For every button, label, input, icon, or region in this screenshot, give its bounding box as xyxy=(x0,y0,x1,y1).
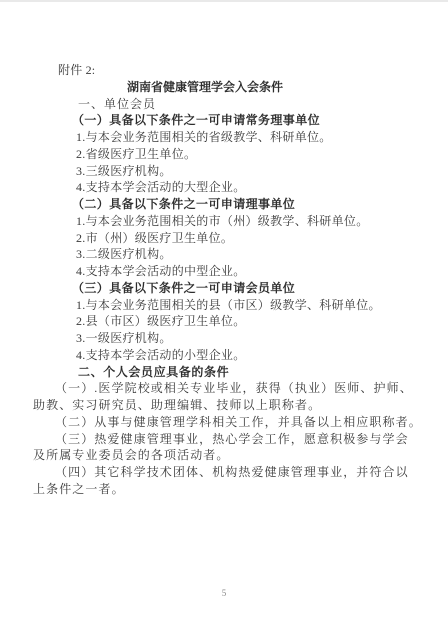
doc-line-item: 2.省级医疗卫生单位。 xyxy=(76,146,415,163)
doc-line-item: 1.与本会业务范围相关的县（市区）级教学、科研单位。 xyxy=(76,297,415,314)
doc-line-item: 2.县（市区）级医疗卫生单位。 xyxy=(76,313,415,330)
doc-line-item: 4.支持本学会活动的中型企业。 xyxy=(76,263,415,280)
scan-edge-top xyxy=(0,0,448,2)
document-text-block: 附件 2:湖南省健康管理学会入会条件一、单位会员（一）具备以下条件之一可申请常务… xyxy=(33,62,415,498)
doc-line-para: （二）从事与健康管理学科相关工作，并具备以上相应职称者。 xyxy=(55,414,415,431)
doc-line-section2: 二、个人会员应具备的条件 xyxy=(78,364,415,381)
doc-line-item: 1.与本会业务范围相关的省级教学、科研单位。 xyxy=(76,129,415,146)
doc-line-attachment: 附件 2: xyxy=(58,62,415,79)
doc-line-title: 湖南省健康管理学会入会条件 xyxy=(127,79,415,96)
document-page: 附件 2:湖南省健康管理学会入会条件一、单位会员（一）具备以下条件之一可申请常务… xyxy=(0,0,448,619)
doc-line-item: 4.支持本学会活动的大型企业。 xyxy=(76,179,415,196)
doc-line-subhead: （一）具备以下条件之一可申请常务理事单位 xyxy=(72,112,415,129)
doc-line-cont: 及所属专业委员会的各项活动者。 xyxy=(33,447,415,464)
doc-line-item: 3.一级医疗机构。 xyxy=(76,330,415,347)
doc-line-item: 1.与本会业务范围相关的市（州）级教学、科研单位。 xyxy=(76,213,415,230)
doc-line-cont: 助教、实习研究员、助理编辑、技师以上职称者。 xyxy=(33,397,415,414)
doc-line-item: 2.市（州）级医疗卫生单位。 xyxy=(76,230,415,247)
doc-line-section1: 一、单位会员 xyxy=(78,96,415,113)
doc-line-para: （一）.医学院校或相关专业毕业，获得（执业）医师、护师、 xyxy=(55,380,415,397)
doc-line-item: 3.三级医疗机构。 xyxy=(76,163,415,180)
doc-line-item: 4.支持本学会活动的小型企业。 xyxy=(76,347,415,364)
page-number: 5 xyxy=(0,588,448,598)
doc-line-cont: 上条件之一者。 xyxy=(33,481,415,498)
doc-line-subhead: （三）具备以下条件之一可申请会员单位 xyxy=(72,280,415,297)
doc-line-subhead: （二）具备以下条件之一可申请理事单位 xyxy=(72,196,415,213)
doc-line-para: （四）其它科学技术团体、机构热爱健康管理事业，并符合以 xyxy=(55,464,415,481)
doc-line-item: 3.二级医疗机构。 xyxy=(76,246,415,263)
doc-line-para: （三）热爱健康管理事业，热心学会工作，愿意积极参与学会 xyxy=(55,431,415,448)
